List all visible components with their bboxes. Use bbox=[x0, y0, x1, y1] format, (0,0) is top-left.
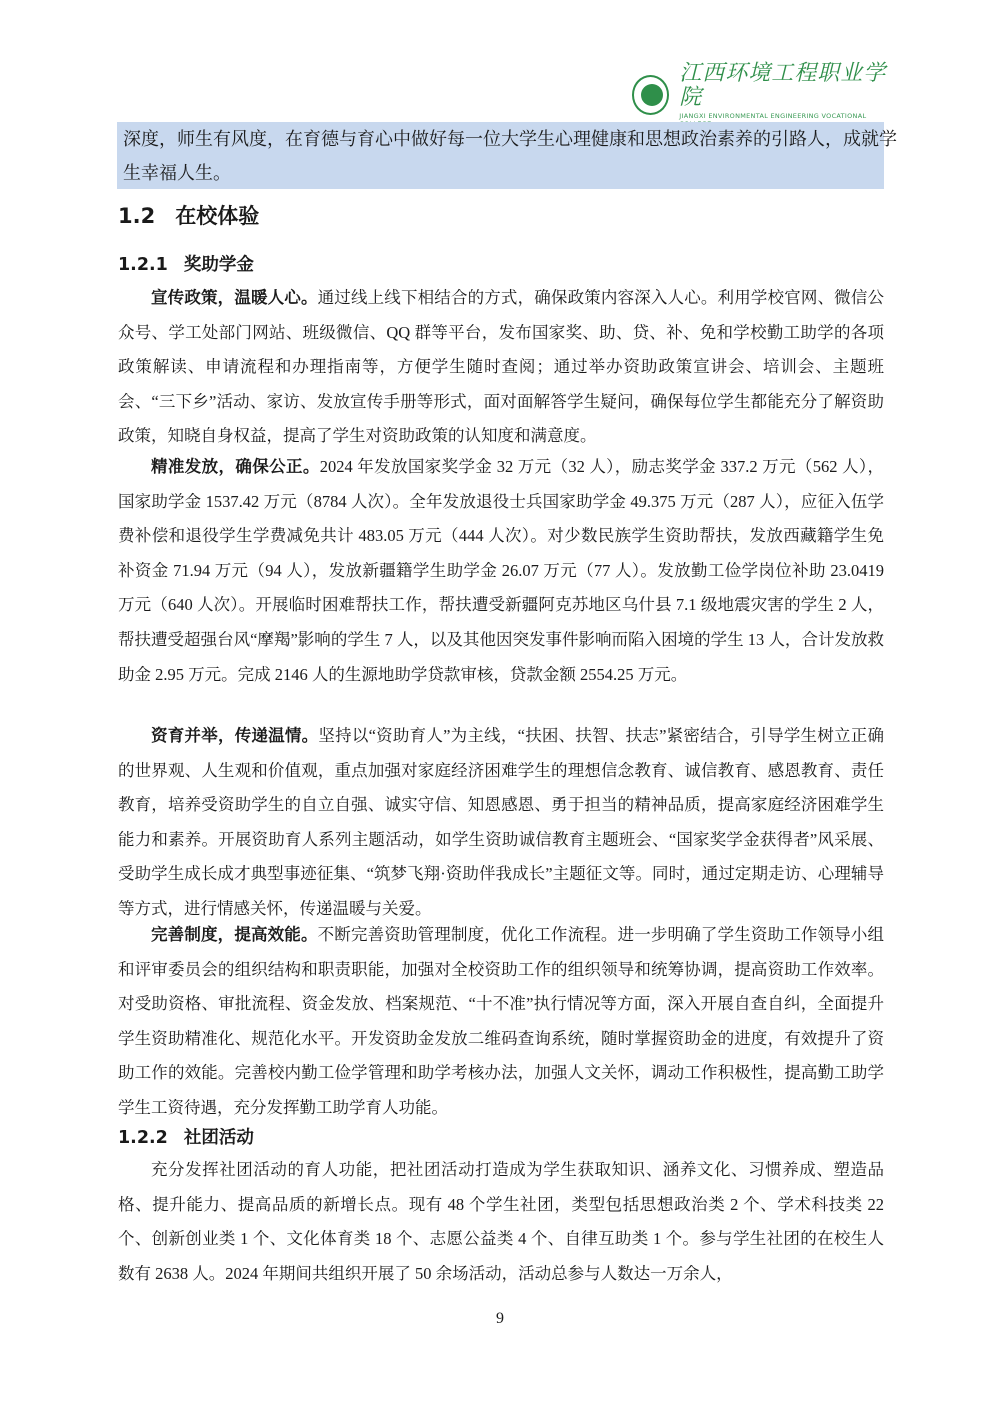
paragraph-system-improvement: 完善制度，提高效能。不断完善资助管理制度，优化工作流程。进一步明确了学生资助工作… bbox=[118, 918, 884, 1126]
section-heading-1-2-1: 1.2.1奖助学金 bbox=[118, 251, 254, 276]
paragraph-aid-education: 资育并举，传递温情。坚持以“资助育人”为主线，“扶困、扶智、扶志”紧密结合，引导… bbox=[118, 719, 884, 927]
section-heading-1-2-2: 1.2.2社团活动 bbox=[118, 1124, 254, 1149]
college-seal-icon bbox=[632, 75, 669, 115]
section-heading-1-2: 1.2在校体验 bbox=[118, 200, 259, 230]
highlight-line-2: 生幸福人生。 bbox=[123, 158, 231, 190]
highlight-line-1: 深度，师生有风度，在育德与育心中做好每一位大学生心理健康和思想政治素养的引路人，… bbox=[123, 124, 897, 156]
logo-chinese-name: 江西环境工程职业学院 bbox=[679, 62, 892, 110]
page-number: 9 bbox=[0, 1310, 1000, 1328]
college-logo: 江西环境工程职业学院 JIANGXI ENVIRONMENTAL ENGINEE… bbox=[632, 70, 892, 120]
paragraph-policy-promotion: 宣传政策，温暖人心。通过线上线下相结合的方式，确保政策内容深入人心。利用学校官网… bbox=[118, 281, 884, 454]
paragraph-club-activities: 充分发挥社团活动的育人功能，把社团活动打造成为学生获取知识、涵养文化、习惯养成、… bbox=[118, 1153, 884, 1291]
paragraph-precise-distribution: 精准发放，确保公正。2024 年发放国家奖学金 32 万元（32 人），励志奖学… bbox=[118, 450, 884, 692]
